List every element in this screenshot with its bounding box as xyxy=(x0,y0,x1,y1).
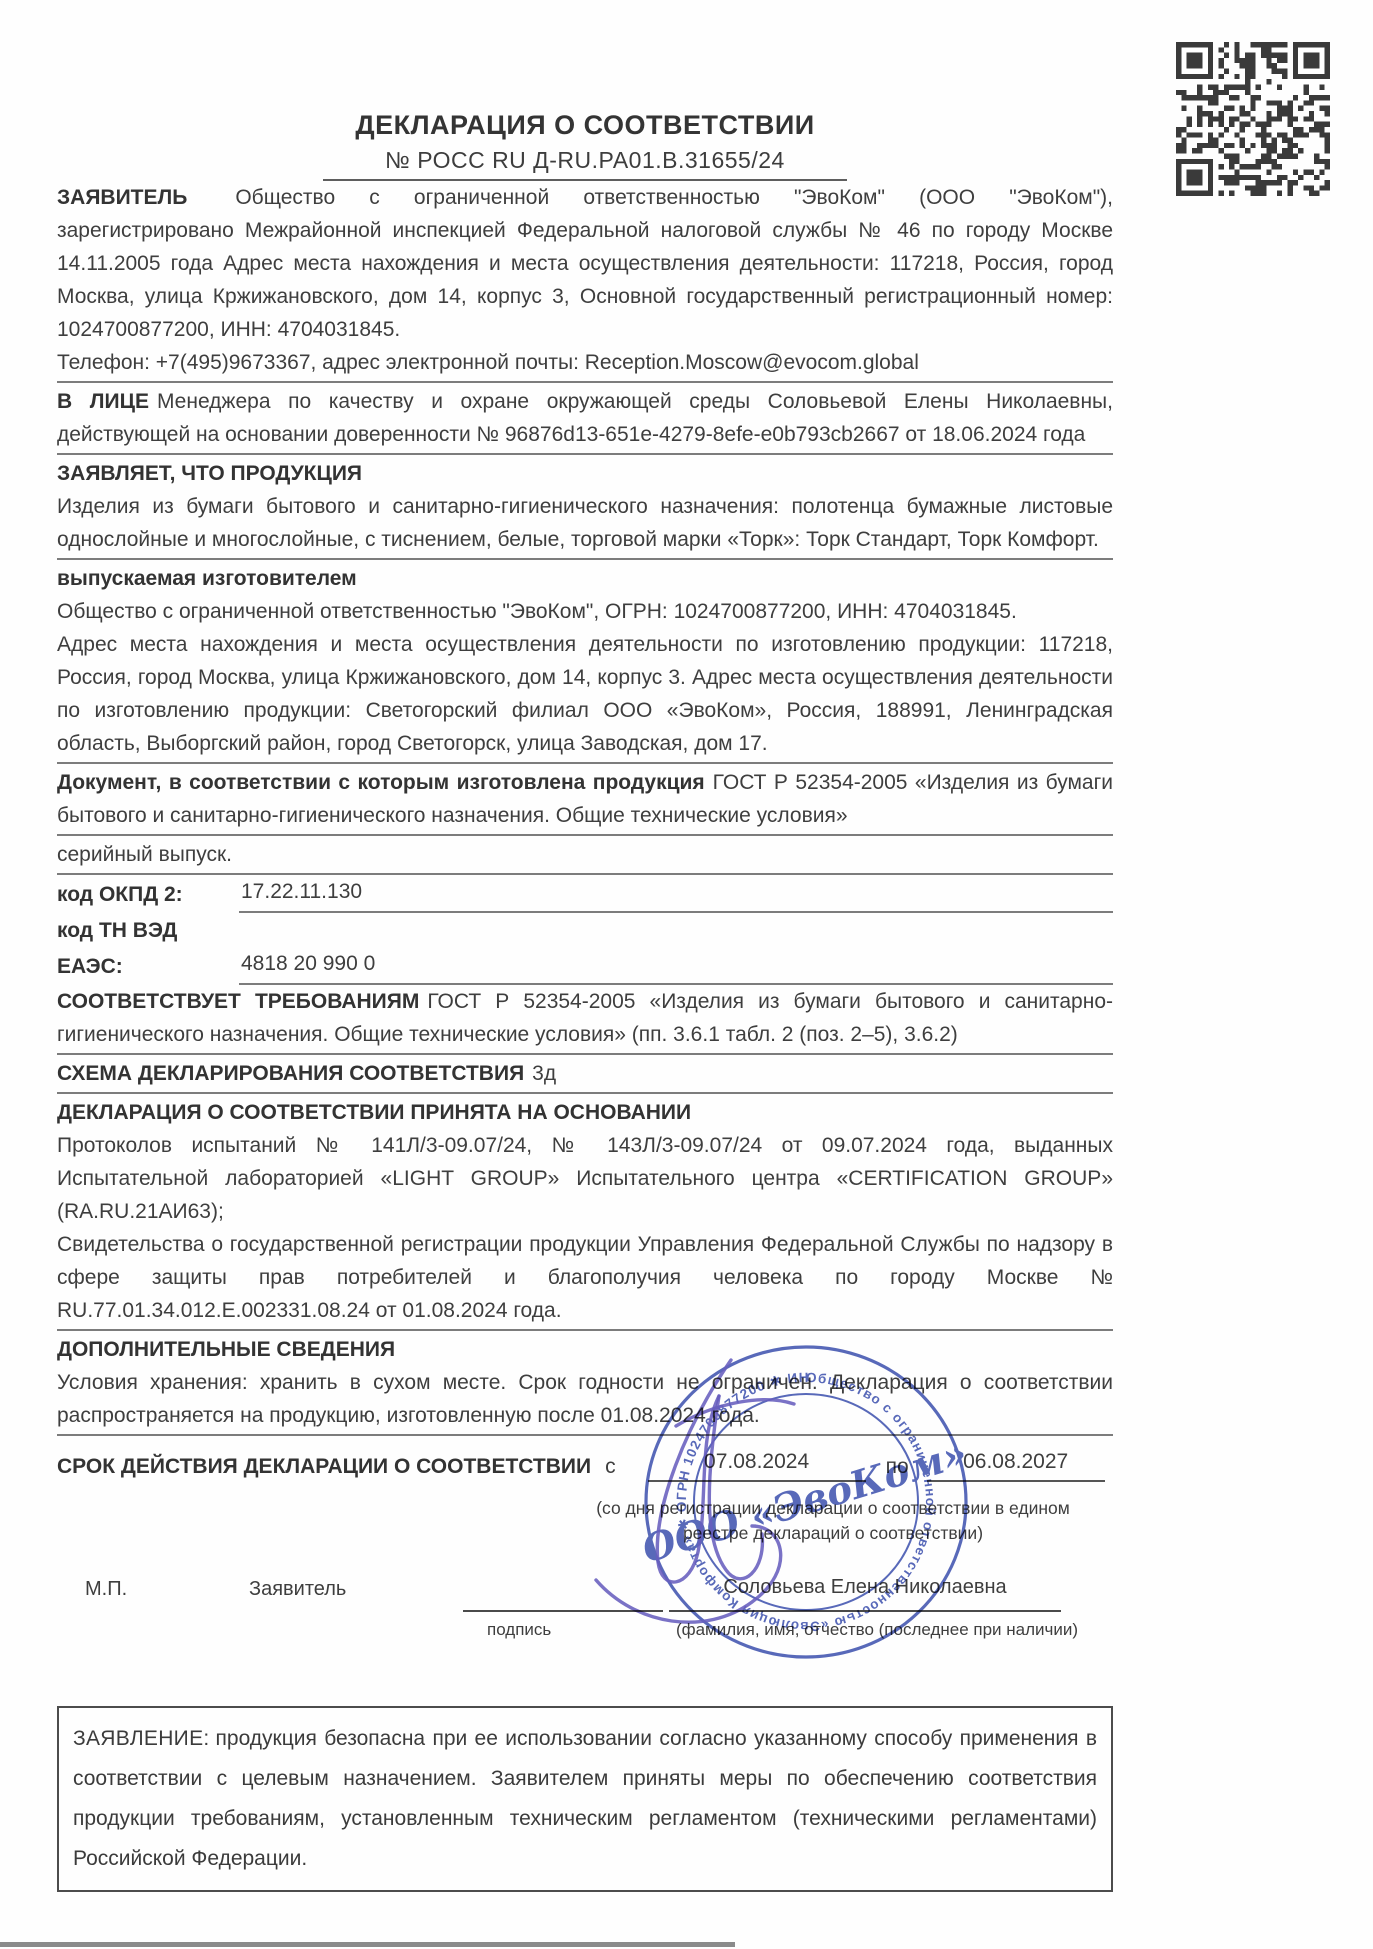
section-scheme: СХЕМА ДЕКЛАРИРОВАНИЯ СООТВЕТСТВИЯ3д xyxy=(57,1057,1113,1090)
applicant-label: ЗАЯВИТЕЛЬ xyxy=(57,186,187,209)
section-divider xyxy=(57,1053,1113,1055)
section-applicant: ЗАЯВИТЕЛЬОбщество с ограниченной ответст… xyxy=(57,181,1113,346)
declares-heading: ЗАЯВЛЯЕТ, ЧТО ПРОДУКЦИЯ xyxy=(57,457,1113,490)
document-ref-label: Документ, в соответствии с которым изгот… xyxy=(57,771,705,794)
conforms-label: СООТВЕТСТВУЕТ ТРЕБОВАНИЯМ xyxy=(57,990,419,1013)
section-divider xyxy=(57,834,1113,836)
okpd-code-value: 17.22.11.130 xyxy=(239,877,1113,913)
statement-text: продукция безопасна при ее использовании… xyxy=(73,1727,1097,1870)
section-divider xyxy=(57,453,1113,455)
declaration-number: № РОСС RU Д-RU.РА01.В.31655/24 xyxy=(323,144,847,181)
title-block: ДЕКЛАРАЦИЯ О СООТВЕТСТВИИ № РОСС RU Д-RU… xyxy=(57,108,1113,181)
section-divider xyxy=(57,873,1113,875)
section-divider xyxy=(57,1092,1113,1094)
okpd-code-row: код ОКПД 2: 17.22.11.130 xyxy=(57,877,1113,913)
applicant-contacts: Телефон: +7(495)9673367, адрес электронн… xyxy=(57,346,1113,379)
manufacturer-heading: выпускаемая изготовителем xyxy=(57,562,1113,595)
statement-label: ЗАЯВЛЕНИЕ: xyxy=(73,1727,210,1750)
page-title: ДЕКЛАРАЦИЯ О СООТВЕТСТВИИ xyxy=(57,108,1113,142)
stamp-place-label: М.П. xyxy=(85,1578,127,1601)
statement-box: ЗАЯВЛЕНИЕ:продукция безопасна при ее исп… xyxy=(57,1706,1113,1892)
representative-label: В ЛИЦЕ xyxy=(57,390,149,413)
validity-label: СРОК ДЕЙСТВИЯ ДЕКЛАРАЦИИ О СООТВЕТСТВИИ xyxy=(57,1452,591,1482)
representative-text: Менеджера по качеству и охране окружающе… xyxy=(57,390,1113,446)
section-document-ref: Документ, в соответствии с которым изгот… xyxy=(57,766,1113,832)
basis-protocols: Протоколов испытаний № 141Л/3-09.07/24, … xyxy=(57,1129,1113,1228)
section-conforms: СООТВЕТСТВУЕТ ТРЕБОВАНИЯМГОСТ Р 52354-20… xyxy=(57,985,1113,1051)
section-divider xyxy=(57,558,1113,560)
section-representative: В ЛИЦЕМенеджера по качеству и охране окр… xyxy=(57,385,1113,451)
tnved-code-row: код ТН ВЭД ЕАЭС: 4818 20 990 0 xyxy=(57,913,1113,985)
section-divider xyxy=(57,381,1113,383)
scan-artifact xyxy=(0,1942,735,1947)
manufacturer-name: Общество с ограниченной ответственностью… xyxy=(57,595,1113,628)
basis-heading: ДЕКЛАРАЦИЯ О СООТВЕТСТВИИ ПРИНЯТА НА ОСН… xyxy=(57,1096,1113,1129)
company-stamp: Общество с ограниченной ответственностью… xyxy=(556,1330,1056,1675)
product-description: Изделия из бумаги бытового и санитарно-г… xyxy=(57,490,1113,556)
section-divider xyxy=(57,762,1113,764)
applicant-role-label: Заявитель xyxy=(249,1578,346,1601)
serial-release: серийный выпуск. xyxy=(57,838,1113,871)
scheme-value: 3д xyxy=(532,1062,556,1085)
applicant-text: Общество с ограниченной ответственностью… xyxy=(57,186,1113,341)
tnved-code-label: код ТН ВЭД ЕАЭС: xyxy=(57,913,239,985)
scheme-label: СХЕМА ДЕКЛАРИРОВАНИЯ СООТВЕТСТВИЯ xyxy=(57,1062,524,1085)
tnved-code-value: 4818 20 990 0 xyxy=(239,949,1113,985)
manufacturer-address: Адрес места нахождения и места осуществл… xyxy=(57,628,1113,760)
basis-certificate: Свидетельства о государственной регистра… xyxy=(57,1228,1113,1327)
okpd-code-label: код ОКПД 2: xyxy=(57,877,239,913)
qr-code xyxy=(1176,42,1330,196)
